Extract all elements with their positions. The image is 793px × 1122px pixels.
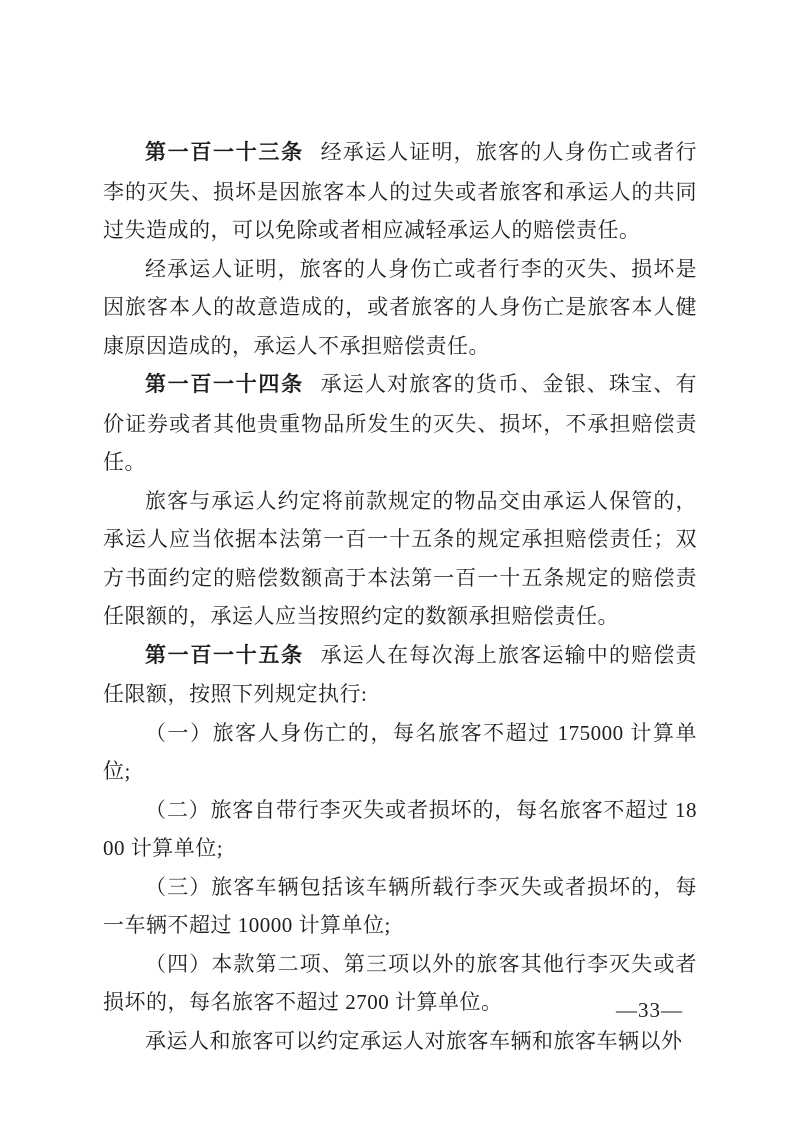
- list-item-1: （一）旅客人身伤亡的，每名旅客不超过 175000 计算单位;: [103, 714, 697, 791]
- list-item-3: （三）旅客车辆包括该车辆所载行李灭失或者损坏的，每一车辆不超过 10000 计算…: [103, 868, 697, 945]
- paragraph-art113-p1: 第一百一十三条经承运人证明，旅客的人身伤亡或者行李的灭失、损坏是因旅客本人的过失…: [103, 133, 697, 250]
- paragraph-art115-p2: 承运人和旅客可以约定承运人对旅客车辆和旅客车辆以外: [103, 1022, 697, 1061]
- article-number-113: 第一百一十三条: [145, 141, 304, 164]
- list-item-4: （四）本款第二项、第三项以外的旅客其他行李灭失或者损坏的，每名旅客不超过 270…: [103, 945, 697, 1022]
- paragraph-text: （一）旅客人身伤亡的，每名旅客不超过 175000 计算单位;: [103, 721, 697, 784]
- article-number-114: 第一百一十四条: [145, 373, 304, 396]
- paragraph-text: 承运人和旅客可以约定承运人对旅客车辆和旅客车辆以外: [145, 1029, 683, 1053]
- paragraph-art113-p2: 经承运人证明，旅客的人身伤亡或者行李的灭失、损坏是因旅客本人的故意造成的，或者旅…: [103, 250, 697, 366]
- list-item-2: （二）旅客自带行李灭失或者损坏的，每名旅客不超过 1800 计算单位;: [103, 791, 697, 868]
- page-number: —33—: [616, 996, 683, 1024]
- paragraph-text: （四）本款第二项、第三项以外的旅客其他行李灭失或者损坏的，每名旅客不超过 270…: [103, 952, 697, 1015]
- paragraph-text: （二）旅客自带行李灭失或者损坏的，每名旅客不超过 1800 计算单位;: [103, 798, 697, 861]
- paragraph-art114-p1: 第一百一十四条承运人对旅客的货币、金银、珠宝、有价证券或者其他贵重物品所发生的灭…: [103, 365, 697, 482]
- paragraph-text: （三）旅客车辆包括该车辆所载行李灭失或者损坏的，每一车辆不超过 10000 计算…: [103, 875, 697, 938]
- paragraph-art114-p2: 旅客与承运人约定将前款规定的物品交由承运人保管的，承运人应当依据本法第一百一十五…: [103, 482, 697, 636]
- article-number-115: 第一百一十五条: [145, 644, 304, 667]
- paragraph-text: 经承运人证明，旅客的人身伤亡或者行李的灭失、损坏是因旅客本人的故意造成的，或者旅…: [103, 257, 697, 358]
- paragraph-art115-intro: 第一百一十五条承运人在每次海上旅客运输中的赔偿责任限额，按照下列规定执行:: [103, 636, 697, 714]
- document-page: 第一百一十三条经承运人证明，旅客的人身伤亡或者行李的灭失、损坏是因旅客本人的过失…: [0, 0, 793, 1122]
- paragraph-text: 旅客与承运人约定将前款规定的物品交由承运人保管的，承运人应当依据本法第一百一十五…: [103, 489, 697, 629]
- document-body: 第一百一十三条经承运人证明，旅客的人身伤亡或者行李的灭失、损坏是因旅客本人的过失…: [103, 133, 697, 1060]
